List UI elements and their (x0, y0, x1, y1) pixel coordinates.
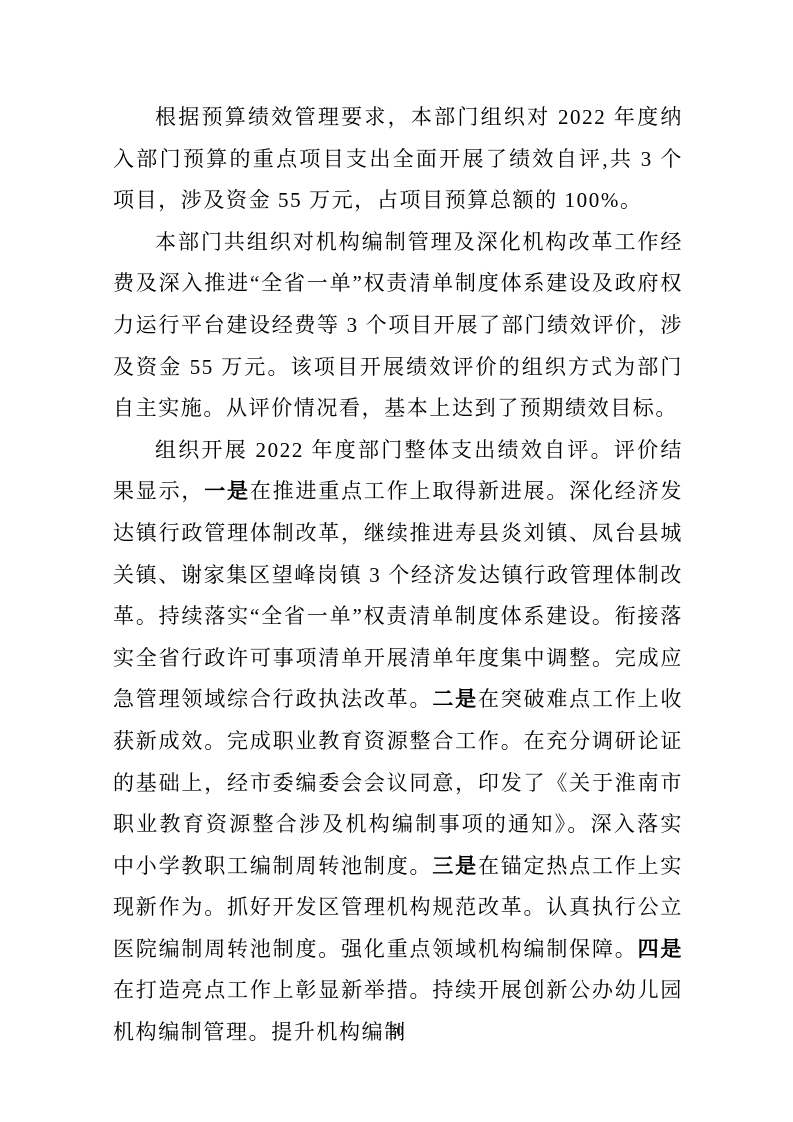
body-text: 在突破难点工作上收获新成效。完成职业教育资源整合工作。在充分调研论证的基础上，经… (113, 687, 683, 877)
emphasis-text: 二是 (432, 687, 478, 711)
document-page: 根据预算绩效管理要求，本部门组织对 2022 年度纳入部门预算的重点项目支出全面… (0, 0, 793, 1122)
paragraph-overall-expenditure-results: 组织开展 2022 年度部门整体支出绩效自评。评价结果显示，一是在推进重点工作上… (113, 430, 683, 1054)
body-text: 在推进重点工作上取得新进展。深化经济发达镇行政管理体制改革，继续推进寿县炎刘镇、… (113, 479, 683, 711)
emphasis-text: 四是 (638, 937, 683, 961)
body-text: 本部门共组织对机构编制管理及深化机构改革工作经费及深入推进“全省一单”权责清单制… (113, 230, 683, 420)
paragraph-department-evaluation: 本部门共组织对机构编制管理及深化机构改革工作经费及深入推进“全省一单”权责清单制… (113, 222, 683, 430)
paragraph-budget-self-evaluation: 根据预算绩效管理要求，本部门组织对 2022 年度纳入部门预算的重点项目支出全面… (113, 97, 683, 222)
emphasis-text: 三是 (432, 854, 478, 878)
emphasis-text: 一是 (204, 479, 250, 503)
document-body: 根据预算绩效管理要求，本部门组织对 2022 年度纳入部门预算的重点项目支出全面… (113, 97, 683, 1054)
page-number: 20 (0, 1024, 793, 1040)
body-text: 根据预算绩效管理要求，本部门组织对 2022 年度纳入部门预算的重点项目支出全面… (113, 105, 683, 212)
